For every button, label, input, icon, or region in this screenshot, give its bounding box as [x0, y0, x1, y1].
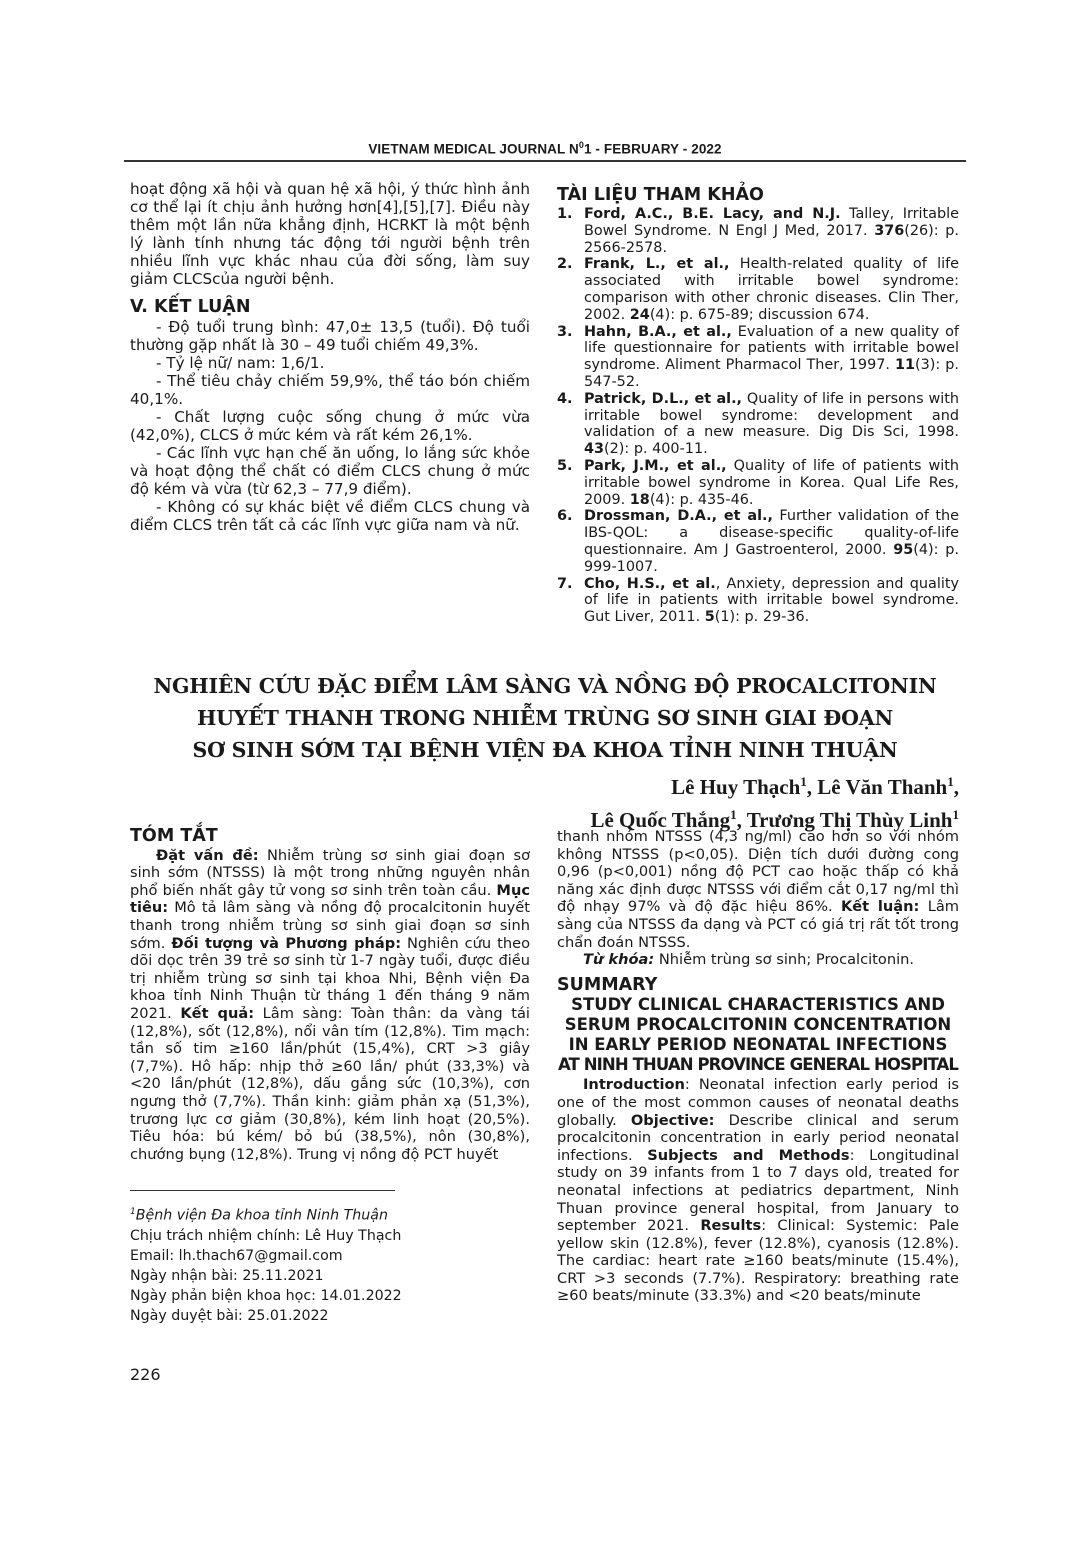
reference-authors: Cho, H.S., et al.	[584, 576, 716, 592]
reference-item: 7.Cho, H.S., et al., Anxiety, depression…	[557, 576, 959, 626]
author-separator: ,	[954, 775, 959, 799]
reference-number: 4.	[557, 391, 572, 408]
previous-article-left-column: hoạt động xã hội và quan hệ xã hội, ý th…	[130, 180, 530, 534]
methods-label: Đối tượng và Phương pháp:	[171, 935, 401, 952]
reference-item: 2.Frank, L., et al., Health-related qual…	[557, 256, 959, 323]
summary-heading: SUMMARY	[557, 977, 959, 995]
author-name: Lê Văn Thanh	[817, 775, 947, 799]
reference-volume: 24	[630, 307, 650, 323]
conclusion-label: Kết luận:	[841, 898, 919, 915]
accepted-date: Ngày duyệt bài: 25.01.2022	[130, 1306, 530, 1326]
conclusion-heading: V. KẾT LUẬN	[130, 298, 530, 316]
reference-number: 6.	[557, 508, 572, 525]
author-name: Lê Huy Thạch	[671, 775, 800, 799]
abstract-vi-paragraph: Đặt vấn đề: Nhiễm trùng sơ sinh giai đoạ…	[130, 847, 530, 1164]
reference-volume: 376	[874, 223, 904, 239]
article-title-line: NGHIÊN CỨU ĐẶC ĐIỂM LÂM SÀNG VÀ NỒNG ĐỘ …	[130, 670, 960, 702]
discussion-paragraph: hoạt động xã hội và quan hệ xã hội, ý th…	[130, 180, 530, 288]
reference-list: 1.Ford, A.C., B.E. Lacy, and N.J. Talley…	[557, 206, 959, 626]
reference-volume: 11	[895, 357, 915, 373]
abstract-right-column: thanh nhóm NTSSS (4,3 ng/ml) cao hơn so …	[557, 828, 959, 1305]
article-title: NGHIÊN CỨU ĐẶC ĐIỂM LÂM SÀNG VÀ NỒNG ĐỘ …	[130, 670, 960, 766]
reference-item: 6.Drossman, D.A., et al., Further valida…	[557, 508, 959, 575]
reference-volume: 5	[705, 609, 715, 625]
article-title-line: HUYẾT THANH TRONG NHIỄM TRÙNG SƠ SINH GI…	[130, 702, 960, 734]
reference-authors: Ford, A.C., B.E. Lacy, and N.J.	[584, 206, 841, 222]
reference-pages: (2): p. 400-11.	[604, 441, 708, 457]
author-separator: ,	[807, 775, 818, 799]
issue-date: 1 - FEBRUARY - 2022	[584, 142, 722, 157]
reference-volume: 18	[630, 492, 650, 508]
reference-item: 5.Park, J.M., et al., Quality of life of…	[557, 458, 959, 508]
reference-authors: Hahn, B.A., et al.,	[584, 324, 732, 340]
author-list: Lê Huy Thạch1, Lê Văn Thanh1, Lê Quốc Th…	[590, 768, 959, 834]
reference-volume: 95	[893, 542, 913, 558]
header-divider	[124, 160, 966, 162]
reference-pages: (4): p. 435-46.	[650, 492, 754, 508]
affiliation-footnote: 1Bệnh viện Đa khoa tỉnh Ninh Thuận	[130, 1202, 530, 1226]
reference-number: 3.	[557, 324, 572, 341]
conclusion-item: - Thể tiêu chảy chiếm 59,9%, thể táo bón…	[130, 372, 530, 408]
background-label: Đặt vấn đề:	[156, 847, 259, 864]
conclusion-item: - Các lĩnh vực hạn chế ăn uống, lo lắng …	[130, 444, 530, 498]
introduction-label: Introduction	[583, 1076, 685, 1093]
reference-number: 5.	[557, 458, 572, 475]
footnotes: 1Bệnh viện Đa khoa tỉnh Ninh Thuận Chịu …	[130, 1202, 530, 1326]
keywords: Từ khóa: Nhiễm trùng sơ sinh; Procalcito…	[557, 951, 959, 969]
reference-authors: Drossman, D.A., et al.,	[584, 508, 773, 524]
objective-label: Objective:	[631, 1112, 715, 1129]
reference-authors: Frank, L., et al.,	[584, 256, 729, 272]
results-text: Lâm sàng: Toàn thân: da vàng tái (12,8%)…	[130, 1005, 530, 1163]
affiliation-marker: 1	[953, 807, 960, 822]
reference-pages: (1): p. 29-36.	[715, 609, 809, 625]
email: Email: lh.thach67@gmail.com	[130, 1246, 530, 1266]
reference-number: 1.	[557, 206, 572, 223]
reference-authors: Park, J.M., et al.,	[584, 458, 727, 474]
abstract-vi-left-column: TÓM TẮT Đặt vấn đề: Nhiễm trùng sơ sinh …	[130, 828, 530, 1163]
reference-volume: 43	[584, 441, 604, 457]
conclusion-item: - Chất lượng cuộc sống chung ở mức vừa (…	[130, 408, 530, 444]
received-date: Ngày nhận bài: 25.11.2021	[130, 1266, 530, 1286]
reference-item: 1.Ford, A.C., B.E. Lacy, and N.J. Talley…	[557, 206, 959, 256]
affiliation-name: Bệnh viện Đa khoa tỉnh Ninh Thuận	[136, 1208, 388, 1224]
summary-title: STUDY CLINICAL CHARACTERISTICS AND SERUM…	[557, 995, 959, 1075]
abstract-heading: TÓM TẮT	[130, 828, 530, 846]
keywords-label: Từ khóa:	[583, 951, 654, 968]
methods-label: Subjects and Methods	[647, 1147, 849, 1164]
page-number: 226	[130, 1365, 161, 1384]
summary-title-line: SERUM PROCALCITONIN CONCENTRATION	[557, 1015, 959, 1035]
journal-page: VIETNAM MEDICAL JOURNAL N01 - FEBRUARY -…	[0, 0, 1090, 1541]
author-line: Lê Huy Thạch1, Lê Văn Thanh1,	[590, 768, 959, 801]
summary-title-line: STUDY CLINICAL CHARACTERISTICS AND	[557, 995, 959, 1015]
conclusion-item: - Độ tuổi trung bình: 47,0± 13,5 (tuổi).…	[130, 318, 530, 354]
abstract-vi-continued: thanh nhóm NTSSS (4,3 ng/ml) cao hơn so …	[557, 828, 959, 951]
summary-title-line: AT NINH THUAN PROVINCE GENERAL HOSPITAL	[557, 1055, 959, 1075]
reference-item: 3.Hahn, B.A., et al., Evaluation of a ne…	[557, 324, 959, 391]
reference-number: 7.	[557, 576, 572, 593]
reference-item: 4.Patrick, D.L., et al., Quality of life…	[557, 391, 959, 458]
reference-number: 2.	[557, 256, 572, 273]
abstract-en-paragraph: Introduction: Neonatal infection early p…	[557, 1076, 959, 1305]
summary-title-line: IN EARLY PERIOD NEONATAL INFECTIONS	[557, 1035, 959, 1055]
footnote-divider	[130, 1190, 395, 1191]
keywords-text: Nhiễm trùng sơ sinh; Procalcitonin.	[654, 951, 914, 968]
conclusion-item: - Tỷ lệ nữ/ nam: 1,6/1.	[130, 354, 530, 372]
references-heading: TÀI LIỆU THAM KHẢO	[557, 186, 959, 204]
running-header: VIETNAM MEDICAL JOURNAL N01 - FEBRUARY -…	[128, 140, 962, 157]
review-date: Ngày phản biện khoa học: 14.01.2022	[130, 1286, 530, 1306]
reference-authors: Patrick, D.L., et al.,	[584, 391, 742, 407]
journal-name: VIETNAM MEDICAL JOURNAL N	[368, 142, 579, 157]
reference-pages: (4): p. 675-89; discussion 674.	[650, 307, 870, 323]
conclusion-item: - Không có sự khác biệt về điểm CLCS chu…	[130, 498, 530, 534]
results-label: Results	[700, 1217, 761, 1234]
results-label: Kết quả:	[180, 1005, 254, 1022]
article-title-line: SƠ SINH SỚM TẠI BỆNH VIỆN ĐA KHOA TỈNH N…	[130, 734, 960, 766]
corresponding-author: Chịu trách nhiệm chính: Lê Huy Thạch	[130, 1226, 530, 1246]
references-column: TÀI LIỆU THAM KHẢO 1.Ford, A.C., B.E. La…	[557, 186, 959, 626]
